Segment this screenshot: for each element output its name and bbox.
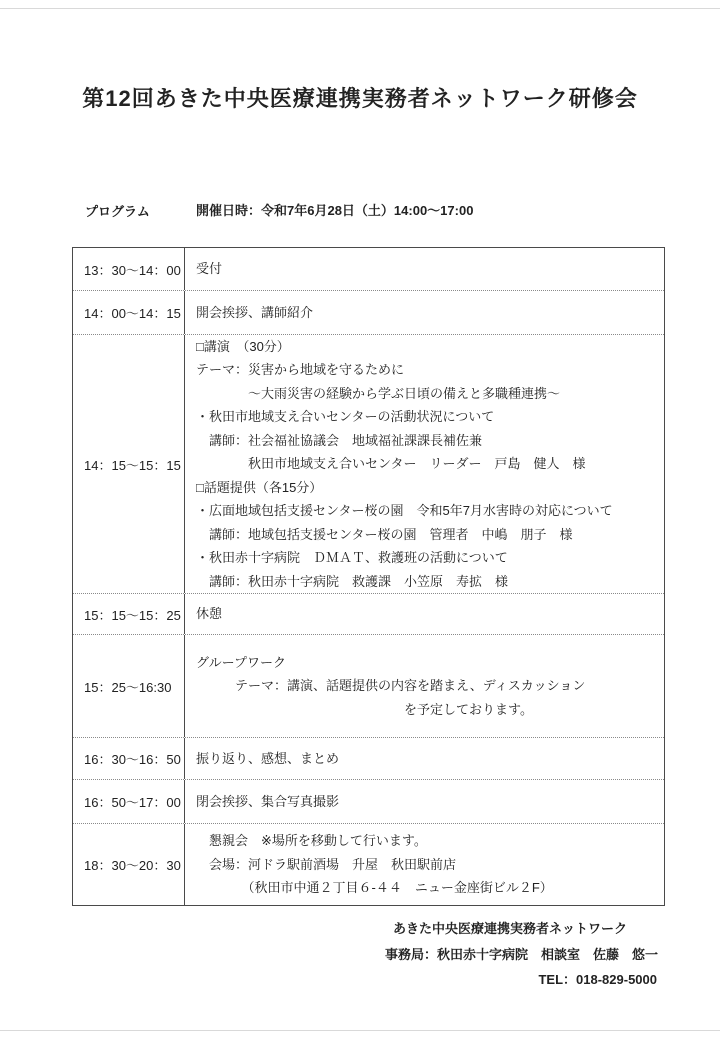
schedule-content: 閉会挨拶、集合写真撮影 (185, 780, 664, 823)
schedule-line: 振り返り、感想、まとめ (196, 747, 658, 771)
schedule-time: 16：30～16：50 (73, 738, 185, 779)
schedule-line: 懇親会 ※場所を移動して行います。 (196, 829, 658, 853)
schedule-content: 受付 (185, 248, 664, 290)
schedule-time: 15：15～15：25 (73, 594, 185, 634)
page-bottom-edge (0, 1030, 720, 1031)
schedule-time: 14：15～15：15 (73, 335, 185, 593)
footer-telephone: TEL：018-829-5000 (385, 967, 657, 993)
schedule-content: □講演 （30分）テーマ：災害から地域を守るために ～大雨災害の経験から学ぶ日頃… (185, 335, 664, 593)
schedule-line: 秋田市地域支え合いセンター リーダー 戸島 健人 様 (196, 452, 658, 476)
schedule-content: 開会挨拶、講師紹介 (185, 291, 664, 334)
schedule-content: 振り返り、感想、まとめ (185, 738, 664, 779)
schedule-line: □話題提供（各15分） (196, 476, 658, 500)
schedule-line: ・秋田赤十字病院 ＤＭＡＴ、救護班の活動について (196, 546, 658, 570)
schedule-row: 18：30～20：30 懇親会 ※場所を移動して行います。 会場：河ドラ駅前酒場… (73, 823, 664, 905)
schedule-line: 講師：地域包括支援センター桜の園 管理者 中嶋 朋子 様 (196, 523, 658, 547)
page-top-edge (0, 8, 720, 9)
schedule-line: （秋田市中通２丁目６‐４４ ニュー金座街ビル２F） (196, 876, 658, 900)
program-section-label: プログラム (85, 201, 150, 220)
schedule-line: ・広面地域包括支援センター桜の園 令和5年7月水害時の対応について (196, 499, 658, 523)
schedule-time: 14：00～14：15 (73, 291, 185, 334)
schedule-line: 会場：河ドラ駅前酒場 升屋 秋田駅前店 (196, 853, 658, 877)
schedule-content: 休憩 (185, 594, 664, 634)
schedule-line: 講師：社会福祉協議会 地域福祉課課長補佐兼 (196, 429, 658, 453)
schedule-line: 閉会挨拶、集合写真撮影 (196, 790, 658, 814)
schedule-content: 懇親会 ※場所を移動して行います。 会場：河ドラ駅前酒場 升屋 秋田駅前店 （秋… (185, 824, 664, 905)
schedule-row: 14：00～14：15開会挨拶、講師紹介 (73, 290, 664, 334)
schedule-line: ・秋田市地域支え合いセンターの活動状況について (196, 405, 658, 429)
schedule-row: 15：15～15：25休憩 (73, 593, 664, 634)
schedule-line: 受付 (196, 257, 658, 281)
footer-contact: あきた中央医療連携実務者ネットワーク 事務局：秋田赤十字病院 相談室 佐藤 悠一… (385, 916, 657, 993)
schedule-row: 16：50～17：00閉会挨拶、集合写真撮影 (73, 779, 664, 823)
schedule-row: 15：25～16:30グループワーク テーマ：講演、話題提供の内容を踏まえ、ディ… (73, 634, 664, 737)
schedule-time: 15：25～16:30 (73, 635, 185, 737)
document-page: 第12回あきた中央医療連携実務者ネットワーク研修会 開催日時：令和7年6月28日… (0, 0, 720, 1040)
footer-organization: あきた中央医療連携実務者ネットワーク (385, 916, 657, 942)
schedule-content: グループワーク テーマ：講演、話題提供の内容を踏まえ、ディスカッション を予定し… (185, 635, 664, 737)
schedule-line: テーマ：講演、話題提供の内容を踏まえ、ディスカッション (196, 674, 658, 698)
footer-office: 事務局：秋田赤十字病院 相談室 佐藤 悠一 (385, 942, 657, 968)
schedule-line: を予定しております。 (196, 698, 658, 722)
schedule-time: 18：30～20：30 (73, 824, 185, 905)
document-title: 第12回あきた中央医療連携実務者ネットワーク研修会 (0, 82, 720, 113)
schedule-line: □講演 （30分） (196, 335, 658, 359)
schedule-row: 16：30～16：50振り返り、感想、まとめ (73, 737, 664, 779)
schedule-line: 休憩 (196, 602, 658, 626)
schedule-line: 講師：秋田赤十字病院 救護課 小笠原 寿拡 様 (196, 570, 658, 594)
schedule-line: テーマ：災害から地域を守るために (196, 358, 658, 382)
schedule-line: グループワーク (196, 651, 658, 675)
schedule-line: ～大雨災害の経験から学ぶ日頃の備えと多職種連携～ (196, 382, 658, 406)
schedule-row: 13：30～14：00受付 (73, 248, 664, 290)
event-datetime: 開催日時：令和7年6月28日（土）14:00～17:00 (196, 198, 473, 224)
schedule-line: 開会挨拶、講師紹介 (196, 301, 658, 325)
schedule-time: 13：30～14：00 (73, 248, 185, 290)
program-schedule-table: 13：30～14：00受付14：00～14：15開会挨拶、講師紹介14：15～1… (72, 247, 665, 906)
schedule-row: 14：15～15：15□講演 （30分）テーマ：災害から地域を守るために ～大雨… (73, 334, 664, 593)
schedule-time: 16：50～17：00 (73, 780, 185, 823)
